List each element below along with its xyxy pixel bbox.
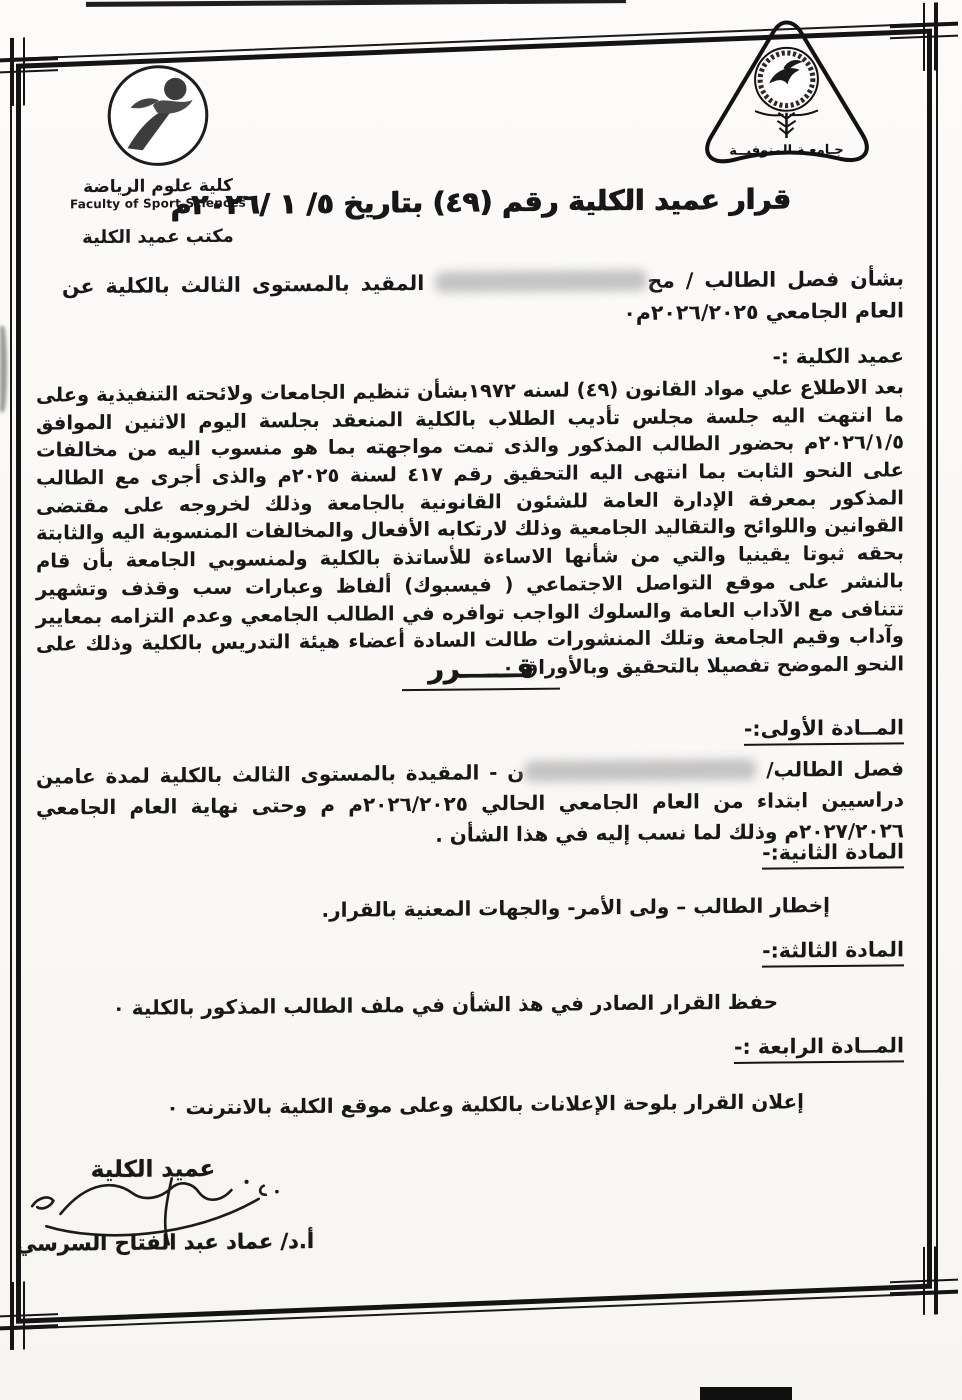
faculty-of-sport-sciences-logo-icon: Menoufia University xyxy=(97,48,219,171)
menoufia-university-logo-icon: جـامعـة المنوفيــة xyxy=(698,16,876,168)
subject-line: بشأن فصل الطالب / مح المقيد بالمستوى الث… xyxy=(62,263,904,335)
decree-heading: قــــــرر xyxy=(402,653,559,692)
svg-text:Menoufia University: Menoufia University xyxy=(97,48,101,51)
article-2-body: إخطار الطالب – ولى الأمر- والجهات المعني… xyxy=(322,890,830,926)
university-header-block: جـامعـة المنوفيــة xyxy=(698,16,876,172)
redacted-student-name-blur xyxy=(435,270,647,293)
article-3-body: حفظ القرار الصادر في هذ الشأن في ملف الط… xyxy=(113,987,778,1024)
article-4-body: إعلان القرار بلوحة الإعلانات بالكلية وعل… xyxy=(166,1086,804,1123)
article-2-heading: المادة الثانية:- xyxy=(762,839,904,869)
dean-salutation: عميد الكلية :- xyxy=(773,343,904,368)
dean-office-label: مكتب عميد الكلية xyxy=(42,225,274,248)
subject-prefix: بشأن فصل الطالب / مح xyxy=(647,266,904,292)
article-4-heading: المــادة الرابعة :- xyxy=(734,1033,904,1064)
preamble-paragraph: بعد الاطلاع علي مواد القانون (٤٩) لسنه ١… xyxy=(36,373,904,686)
article-1-prefix: فصل الطالب/ xyxy=(766,756,904,781)
document-page: Menoufia University كلية علوم الرياضة Fa… xyxy=(0,0,962,1400)
article-1-heading: المــادة الأولى:- xyxy=(744,715,904,746)
decree-heading-wrap: قــــــرر xyxy=(0,649,962,695)
university-name-label: جـامعـة المنوفيــة xyxy=(729,143,843,159)
article-1-body: فصل الطالب/ ن - المقيدة بالمستوى الثالث … xyxy=(36,753,904,854)
article-3-heading: المادة الثالثة:- xyxy=(762,937,904,967)
redacted-student-name-blur xyxy=(524,759,756,782)
signature-name: أ.د/ عماد عبد الفتاح السرسي xyxy=(10,1229,320,1256)
